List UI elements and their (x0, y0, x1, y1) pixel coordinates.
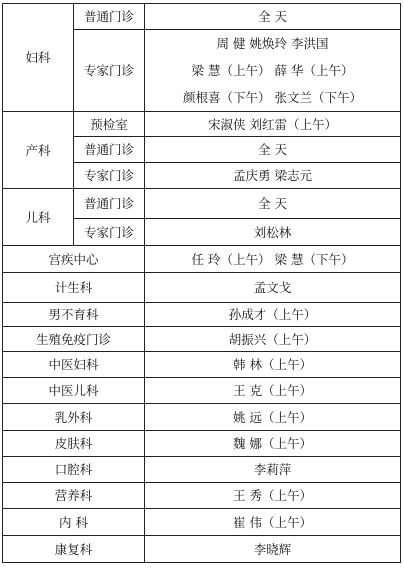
doctors-cell: 宋淑侠 刘红雷（上午） (145, 112, 401, 137)
clinic-cell: 普通门诊 (74, 137, 145, 163)
doctors-cell: 李莉萍 (145, 457, 401, 483)
dept-cell: 产科 (3, 112, 74, 189)
clinic-cell: 普通门诊 (74, 189, 145, 219)
doctors-cell: 孙成才（上午） (145, 303, 401, 327)
table-row: 口腔科 李莉萍 (3, 457, 401, 483)
clinic-cell: 专家门诊 (74, 219, 145, 246)
clinic-cell: 专家门诊 (74, 30, 145, 112)
doctors-line: 梁 慧（上午） 薛 华（上午） (145, 57, 400, 84)
dept-cell: 皮肤科 (3, 431, 145, 457)
clinic-cell: 预检室 (74, 112, 145, 137)
dept-cell: 儿科 (3, 189, 74, 246)
doctors-cell: 崔 伟（上午） (145, 509, 401, 536)
dept-cell: 妇科 (3, 4, 74, 112)
dept-cell: 康复科 (3, 536, 145, 563)
table-row: 内 科 崔 伟（上午） (3, 509, 401, 536)
doctors-cell: 姚 远（上午） (145, 404, 401, 431)
dept-cell: 乳外科 (3, 404, 145, 431)
doctors-line: 颜根喜（下午） 张文兰（下午） (145, 84, 400, 111)
doctors-cell: 胡振兴（上午） (145, 327, 401, 352)
table-row: 乳外科 姚 远（上午） (3, 404, 401, 431)
table-row: 生殖免疫门诊 胡振兴（上午） (3, 327, 401, 352)
doctors-cell: 王 克（上午） (145, 378, 401, 404)
doctors-cell: 全 天 (145, 4, 401, 30)
table-row: 中医儿科 王 克（上午） (3, 378, 401, 404)
dept-cell: 中医儿科 (3, 378, 145, 404)
dept-cell: 中医妇科 (3, 352, 145, 378)
table-row: 宫疾中心 任 玲（上午） 梁 慧（下午） (3, 246, 401, 273)
doctors-cell: 全 天 (145, 137, 401, 163)
dept-cell: 男不育科 (3, 303, 145, 327)
dept-cell: 营养科 (3, 483, 145, 509)
doctors-cell: 魏 娜（上午） (145, 431, 401, 457)
doctors-cell: 孟文戈 (145, 273, 401, 303)
table-row: 计生科 孟文戈 (3, 273, 401, 303)
table-row: 皮肤科 魏 娜（上午） (3, 431, 401, 457)
table-row: 儿科 普通门诊 全 天 (3, 189, 401, 219)
doctors-cell: 王 秀（上午） (145, 483, 401, 509)
clinic-cell: 普通门诊 (74, 4, 145, 30)
dept-cell: 宫疾中心 (3, 246, 145, 273)
doctors-cell: 周 健 姚焕玲 李洪国 梁 慧（上午） 薛 华（上午） 颜根喜（下午） 张文兰（… (145, 30, 401, 112)
dept-cell: 计生科 (3, 273, 145, 303)
table-row: 康复科 李晓辉 (3, 536, 401, 563)
table-row: 产科 预检室 宋淑侠 刘红雷（上午） (3, 112, 401, 137)
dept-cell: 内 科 (3, 509, 145, 536)
table-row: 中医妇科 韩 林（上午） (3, 352, 401, 378)
table-row: 妇科 普通门诊 全 天 (3, 4, 401, 30)
table-row: 营养科 王 秀（上午） (3, 483, 401, 509)
clinic-cell: 专家门诊 (74, 163, 145, 189)
doctors-cell: 李晓辉 (145, 536, 401, 563)
clinic-schedule-table: 妇科 普通门诊 全 天 专家门诊 周 健 姚焕玲 李洪国 梁 慧（上午） 薛 华… (2, 3, 401, 563)
doctors-cell: 韩 林（上午） (145, 352, 401, 378)
doctors-cell: 任 玲（上午） 梁 慧（下午） (145, 246, 401, 273)
doctors-cell: 刘松林 (145, 219, 401, 246)
doctors-line: 周 健 姚焕玲 李洪国 (145, 30, 400, 57)
table-row: 男不育科 孙成才（上午） (3, 303, 401, 327)
dept-cell: 生殖免疫门诊 (3, 327, 145, 352)
dept-cell: 口腔科 (3, 457, 145, 483)
doctors-cell: 孟庆勇 梁志元 (145, 163, 401, 189)
doctors-cell: 全 天 (145, 189, 401, 219)
